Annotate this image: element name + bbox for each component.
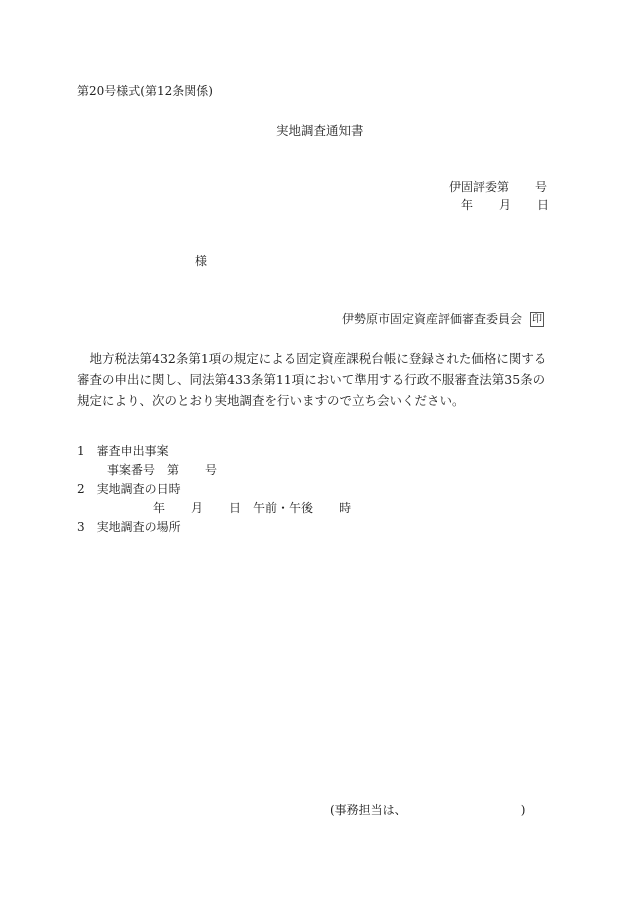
item-label: 審査申出事案: [97, 444, 169, 458]
item-number: 3: [77, 520, 85, 534]
case-prefix: 第: [167, 463, 179, 477]
contact-line: (事務担当は、): [330, 803, 525, 817]
item-number: 1: [77, 444, 85, 458]
day-label: 日: [537, 198, 549, 212]
reference-number: 伊固評委第号: [449, 180, 547, 194]
hour-label: 時: [339, 501, 351, 515]
addressee: 様: [195, 254, 207, 268]
item-label: 実地調査の場所: [97, 520, 181, 534]
body-text: 地方税法第432条第1項の規定による固定資産課税台帳に登録された価格に関する審査…: [77, 348, 555, 411]
issuer-name: 伊勢原市固定資産評価審査委員会: [342, 312, 522, 326]
year-label: 年: [461, 198, 473, 212]
document-title: 実地調査通知書: [276, 124, 364, 138]
form-number: 第20号様式(第12条関係): [77, 84, 213, 98]
seal-icon: 印: [530, 312, 544, 327]
item-2: 2実地調査の日時: [77, 482, 181, 496]
item-label: 実地調査の日時: [97, 482, 181, 496]
issuer: 伊勢原市固定資産評価審査委員会印: [342, 312, 544, 327]
item-1: 1審査申出事案: [77, 444, 169, 458]
case-suffix: 号: [205, 463, 217, 477]
month-label: 月: [191, 501, 203, 515]
month-label: 月: [499, 198, 511, 212]
contact-close: ): [521, 803, 526, 817]
case-number-label: 事案番号: [107, 463, 155, 477]
item-3: 3実地調査の場所: [77, 520, 181, 534]
contact-open: (事務担当は、: [330, 803, 407, 817]
item-1-detail: 事案番号第号: [107, 463, 217, 477]
issue-date: 年月日: [461, 198, 549, 212]
day-label: 日: [229, 501, 241, 515]
item-number: 2: [77, 482, 85, 496]
ampm-label: 午前・午後: [253, 501, 313, 515]
reference-suffix: 号: [535, 180, 547, 194]
reference-prefix: 伊固評委第: [449, 180, 509, 194]
body-paragraph: 地方税法第432条第1項の規定による固定資産課税台帳に登録された価格に関する審査…: [77, 348, 555, 411]
year-label: 年: [153, 501, 165, 515]
item-2-detail: 年月日午前・午後時: [153, 501, 351, 515]
